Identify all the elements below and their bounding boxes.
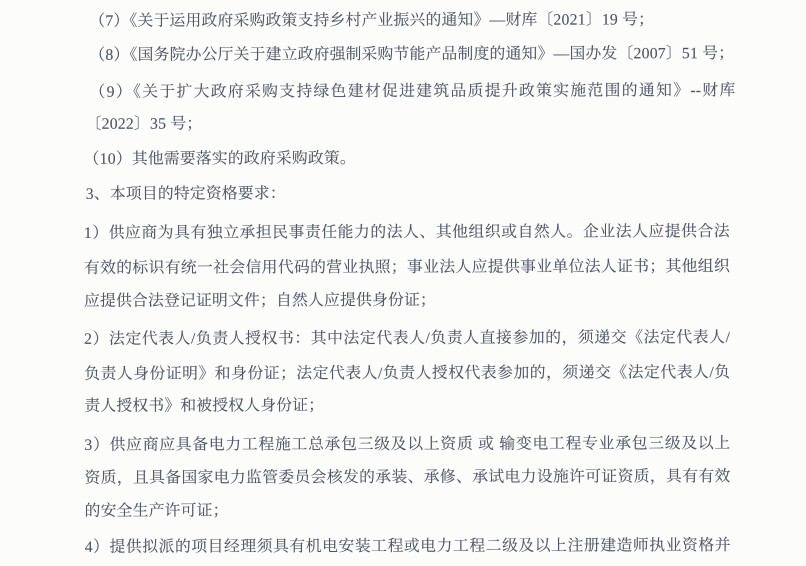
document-item-4-line-1: 4）提供拟派的项目经理须具有机电安装工程或电力工程二级及以上注册建造师执业资格并 xyxy=(85,535,731,559)
document-line-8: （8）《国务院办公厅关于建立政府强制采购节能产品制度的通知》—国办发〔2007〕… xyxy=(83,43,735,67)
document-sheet: （7）《关于运用政府采购政策支持乡村产业振兴的通知》—财库〔2021〕19 号；… xyxy=(0,0,806,566)
document-item-2-line-1: 2）法定代表人/负责人授权书：其中法定代表人/负责人直接参加的，须递交《法定代表… xyxy=(84,327,730,351)
document-item-3-line-1: 3）供应商应具备电力工程施工总承包三级及以上资质 或 输变电工程专业承包三级及以… xyxy=(84,433,730,457)
document-item-2-line-2: 负责人身份证明》和身份证；法定代表人/负责人授权代表参加的，须递交《法定代表人/… xyxy=(84,362,730,386)
document-item-2-line-3: 责人授权书》和被授权人身份证； xyxy=(84,394,730,418)
document-heading-3: 3、本项目的特定资格要求： xyxy=(84,182,732,206)
document-item-1-line-3: 应提供合法登记证明文件；自然人应提供身份证； xyxy=(84,289,730,313)
document-item-3-line-3: 的安全生产许可证； xyxy=(85,499,731,523)
document-item-1-line-1: 1）供应商为具有独立承担民事责任能力的法人、其他组织或自然人。企业法人应提供合法 xyxy=(84,221,730,245)
document-item-3-line-2: 资质，且具备国家电力监管委员会核发的承装、承修、承试电力设施许可证资质，具有有效 xyxy=(84,466,730,490)
document-line-9-cont: 〔2022〕35 号； xyxy=(84,112,732,136)
document-line-9: （9）《关于扩大政府采购支持绿色建材促进建筑品质提升政策实施范围的通知》--财库 xyxy=(83,80,735,104)
document-line-10: （10）其他需要落实的政府采购政策。 xyxy=(84,147,730,171)
scanned-document-page: （7）《关于运用政府采购政策支持乡村产业振兴的通知》—财库〔2021〕19 号；… xyxy=(0,0,806,566)
document-item-1-line-2: 有效的标识有统一社会信用代码的营业执照；事业法人应提供事业单位法人证书；其他组织 xyxy=(84,256,730,280)
document-line-7: （7）《关于运用政府采购政策支持乡村产业振兴的通知》—财库〔2021〕19 号； xyxy=(83,9,735,33)
